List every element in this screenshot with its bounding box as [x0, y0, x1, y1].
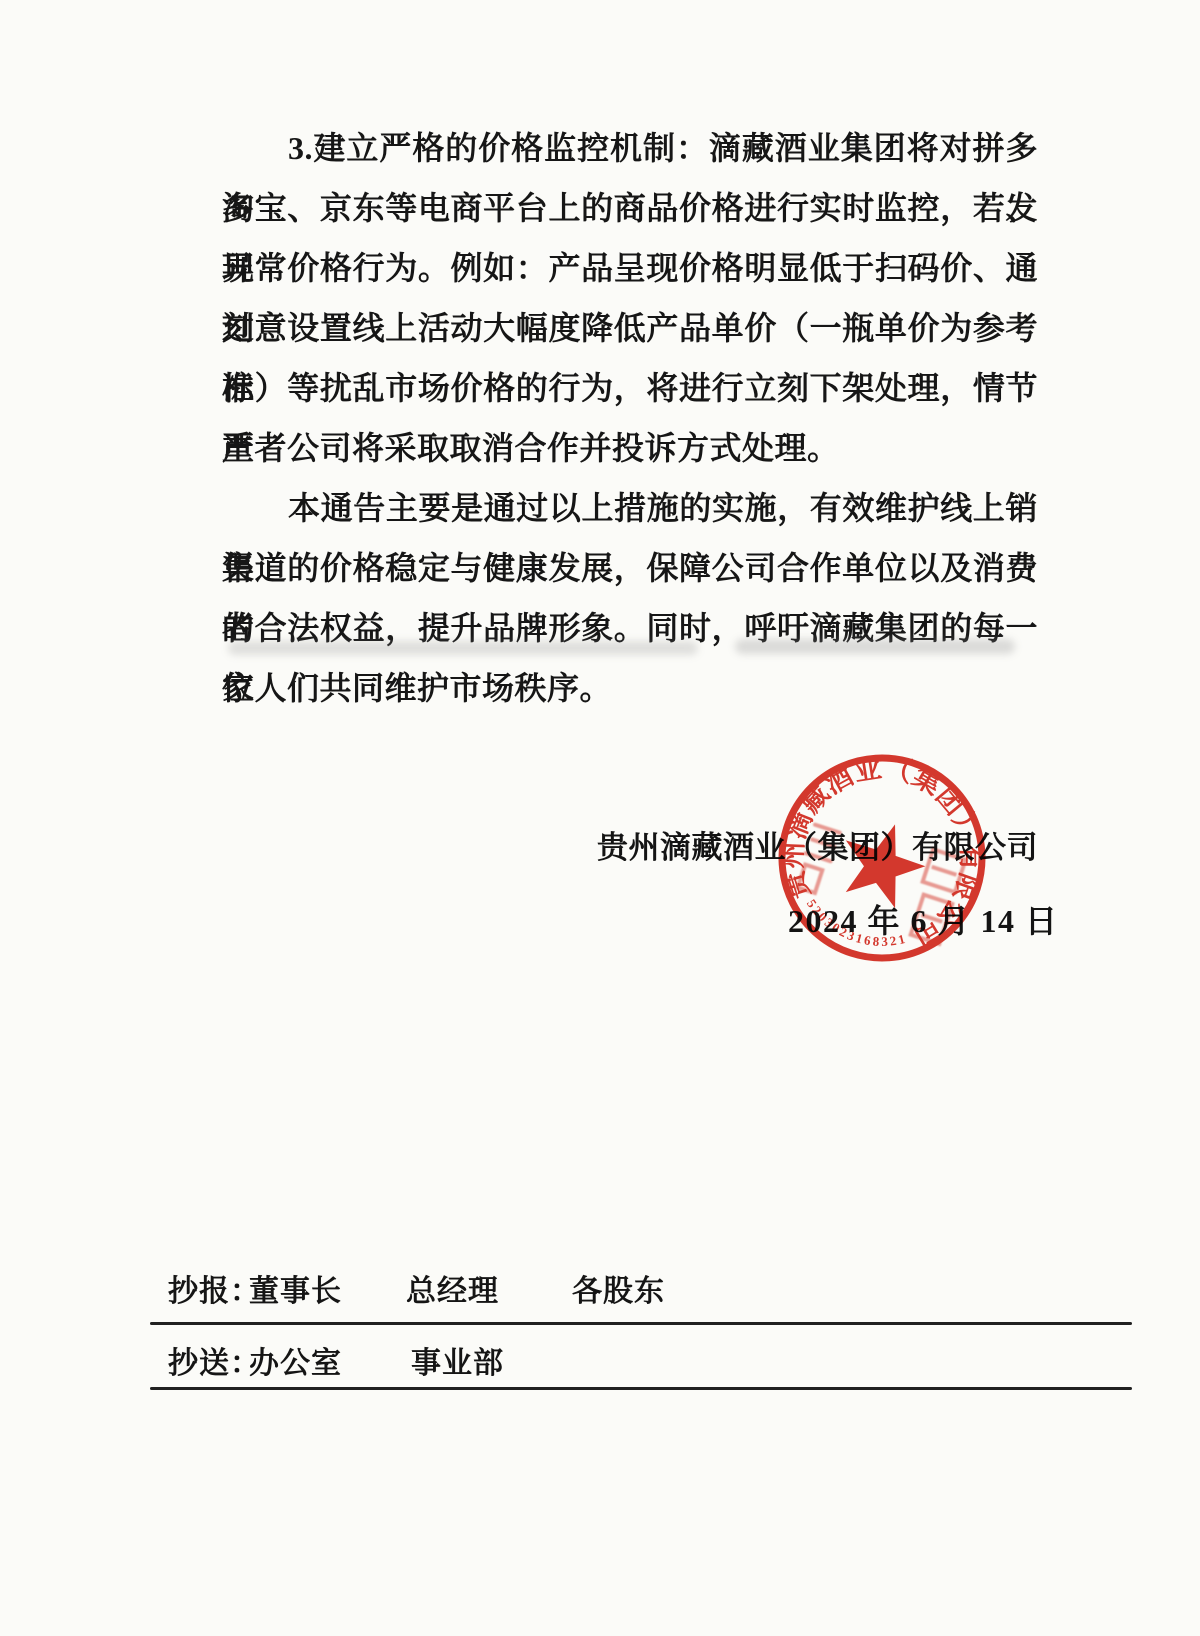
body-line: 准）等扰乱市场价格的行为，将进行立刻下架处理，情节严: [222, 358, 1038, 418]
body-line: 家人们共同维护市场秩序。: [222, 658, 1038, 718]
body-line: 渠道的价格稳定与健康发展，保障公司合作单位以及消费者: [222, 538, 1038, 598]
copy-send-label: 抄送：: [168, 1338, 261, 1382]
footer-bottom-line: [150, 1387, 1132, 1390]
body-line: 异常价格行为。例如：产品呈现价格明显低于扫码价、通过: [222, 238, 1038, 298]
copy-report-item: 总经理: [406, 1266, 499, 1310]
company-seal: 贵州滴藏酒业（集团）有限公司 5203023168321: [776, 750, 988, 966]
copy-send-item: 事业部: [411, 1338, 504, 1382]
footer-divider-line: [150, 1322, 1132, 1325]
copy-report-label: 抄报：: [168, 1266, 261, 1310]
copy-send-item: 办公室: [249, 1338, 342, 1382]
seal-star-icon: [831, 811, 935, 913]
notice-body: 3.建立严格的价格监控机制：滴藏酒业集团将对拼多多、 淘宝、京东等电商平台上的商…: [222, 118, 1038, 718]
body-line: 刻意设置线上活动大幅度降低产品单价（一瓶单价为参考标: [222, 298, 1038, 358]
body-line: 重者公司将采取取消合作并投诉方式处理。: [222, 418, 1038, 478]
body-line: 3.建立严格的价格监控机制：滴藏酒业集团将对拼多多、: [222, 118, 1038, 178]
copy-report-item: 各股东: [572, 1266, 665, 1310]
scan-smudge: [735, 639, 1015, 654]
body-line: 本通告主要是通过以上措施的实施，有效维护线上销售: [222, 478, 1038, 538]
copy-report-item: 董事长: [249, 1266, 342, 1310]
scan-smudge: [228, 641, 698, 655]
body-line: 淘宝、京东等电商平台上的商品价格进行实时监控，若发现: [222, 178, 1038, 238]
